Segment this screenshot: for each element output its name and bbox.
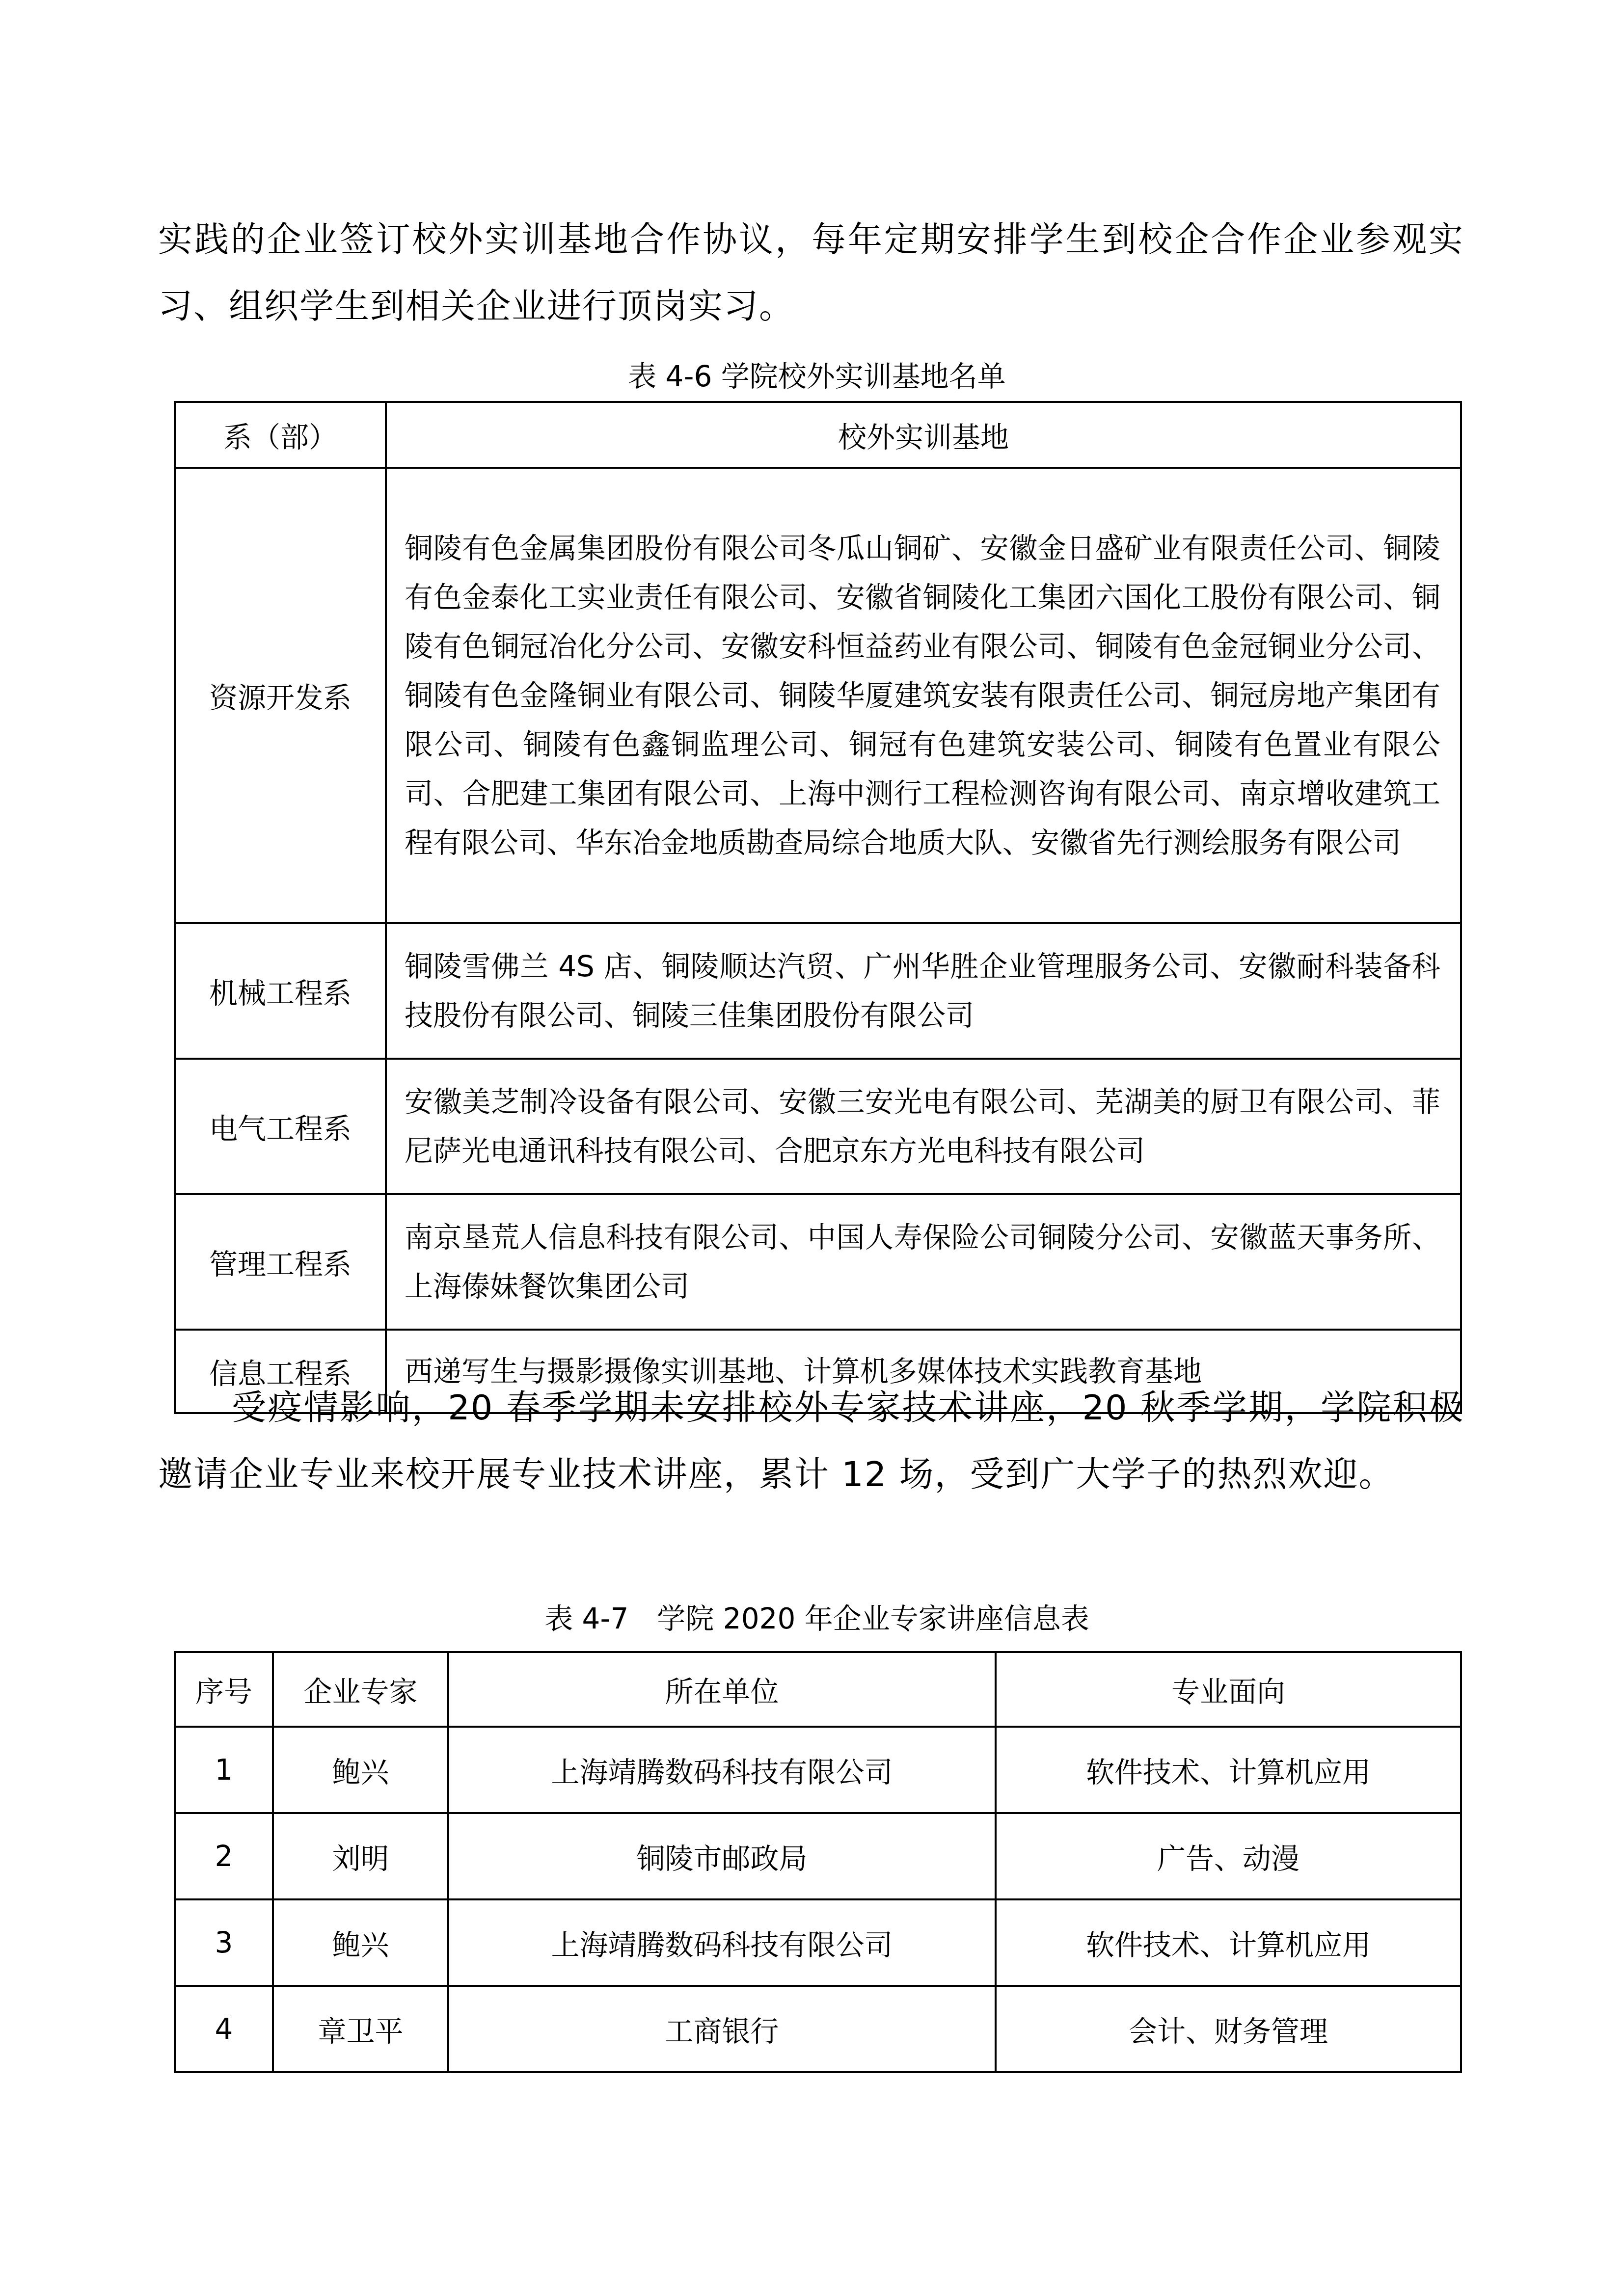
training-bases-cell: 南京垦荒人信息科技有限公司、中国人寿保险公司铜陵分公司、安徽蓝天事务所、上海傣妹… [386, 1194, 1461, 1330]
table-4-7-caption: 表 4-7 学院 2020 年企业专家讲座信息表 [174, 1599, 1460, 1638]
expert-cell: 鲍兴 [273, 1727, 448, 1813]
header-number: 序号 [175, 1652, 273, 1727]
training-bases-cell: 铜陵有色金属集团股份有限公司冬瓜山铜矿、安徽金日盛矿业有限责任公司、铜陵有色金泰… [386, 468, 1461, 923]
document-page: 实践的企业签订校外实训基地合作协议，每年定期安排学生到校企合作企业参观实习、组织… [0, 0, 1624, 2296]
table-row: 电气工程系 安徽美芝制冷设备有限公司、安徽三安光电有限公司、芜湖美的厨卫有限公司… [175, 1059, 1461, 1194]
table-row: 管理工程系 南京垦荒人信息科技有限公司、中国人寿保险公司铜陵分公司、安徽蓝天事务… [175, 1194, 1461, 1330]
training-bases-table: 系（部） 校外实训基地 资源开发系 铜陵有色金属集团股份有限公司冬瓜山铜矿、安徽… [174, 401, 1462, 1414]
table-row: 1 鲍兴 上海靖腾数码科技有限公司 软件技术、计算机应用 [175, 1727, 1461, 1813]
header-unit: 所在单位 [448, 1652, 996, 1727]
table-row: 2 刘明 铜陵市邮政局 广告、动漫 [175, 1813, 1461, 1899]
number-cell: 1 [175, 1727, 273, 1813]
direction-cell: 软件技术、计算机应用 [996, 1899, 1461, 1986]
expert-cell: 刘明 [273, 1813, 448, 1899]
number-cell: 2 [175, 1813, 273, 1899]
number-cell: 4 [175, 1986, 273, 2072]
number-cell: 3 [175, 1899, 273, 1986]
header-expert: 企业专家 [273, 1652, 448, 1727]
department-cell: 电气工程系 [175, 1059, 386, 1194]
expert-cell: 章卫平 [273, 1986, 448, 2072]
direction-cell: 软件技术、计算机应用 [996, 1727, 1461, 1813]
unit-cell: 铜陵市邮政局 [448, 1813, 996, 1899]
department-cell: 机械工程系 [175, 923, 386, 1059]
table-header-row: 序号 企业专家 所在单位 专业面向 [175, 1652, 1461, 1727]
direction-cell: 会计、财务管理 [996, 1986, 1461, 2072]
table-row: 机械工程系 铜陵雪佛兰 4S 店、铜陵顺达汽贸、广州华胜企业管理服务公司、安徽耐… [175, 923, 1461, 1059]
department-cell: 资源开发系 [175, 468, 386, 923]
table-header-row: 系（部） 校外实训基地 [175, 402, 1461, 468]
table-4-6-caption: 表 4-6 学院校外实训基地名单 [174, 357, 1460, 396]
expert-cell: 鲍兴 [273, 1899, 448, 1986]
expert-lecture-table: 序号 企业专家 所在单位 专业面向 1 鲍兴 上海靖腾数码科技有限公司 软件技术… [174, 1651, 1462, 2073]
table-row: 3 鲍兴 上海靖腾数码科技有限公司 软件技术、计算机应用 [175, 1899, 1461, 1986]
training-bases-cell: 铜陵雪佛兰 4S 店、铜陵顺达汽贸、广州华胜企业管理服务公司、安徽耐科装备科技股… [386, 923, 1461, 1059]
direction-cell: 广告、动漫 [996, 1813, 1461, 1899]
unit-cell: 工商银行 [448, 1986, 996, 2072]
unit-cell: 上海靖腾数码科技有限公司 [448, 1727, 996, 1813]
training-bases-cell: 安徽美芝制冷设备有限公司、安徽三安光电有限公司、芜湖美的厨卫有限公司、菲尼萨光电… [386, 1059, 1461, 1194]
header-direction: 专业面向 [996, 1652, 1461, 1727]
table-row: 4 章卫平 工商银行 会计、财务管理 [175, 1986, 1461, 2072]
intro-paragraph: 实践的企业签订校外实训基地合作协议，每年定期安排学生到校企合作企业参观实习、组织… [158, 206, 1464, 340]
header-department: 系（部） [175, 402, 386, 468]
lecture-paragraph: 受疫情影响，20 春季学期未安排校外专家技术讲座，20 秋季学期，学院积极邀请企… [158, 1374, 1464, 1508]
table-row: 资源开发系 铜陵有色金属集团股份有限公司冬瓜山铜矿、安徽金日盛矿业有限责任公司、… [175, 468, 1461, 923]
department-cell: 管理工程系 [175, 1194, 386, 1330]
unit-cell: 上海靖腾数码科技有限公司 [448, 1899, 996, 1986]
header-training-base: 校外实训基地 [386, 402, 1461, 468]
